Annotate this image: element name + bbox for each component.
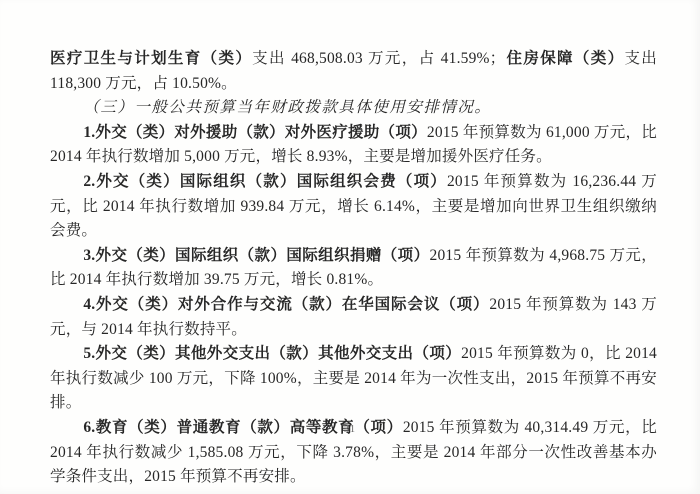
text-run: （三）一般公共预算当年财政拨款具体使用安排情况。: [83, 99, 491, 116]
paragraph-item-3-international-org-donation: 3.外交（类）国际组织（款）国际组织捐赠（项）2015 年预算数为 4,968.…: [50, 244, 657, 293]
scanned-document-page: 医疗卫生与计划生育（类）支出 468,508.03 万元，占 41.59%；住房…: [0, 0, 700, 494]
text-run: 3.外交（类）国际组织（款）国际组织捐赠（项）: [83, 247, 429, 264]
text-run: 5.外交（类）其他外交支出（款）其他外交支出（项）: [83, 345, 461, 362]
text-run: 4.外交（类）对外合作与交流（款）在华国际会议（项）: [83, 296, 489, 313]
text-run: 支出 468,508.03 万元，占 41.59%；: [252, 50, 505, 67]
text-run: 1.外交（类）对外援助（款）对外医疗援助（项）: [83, 124, 427, 141]
text-run: 医疗卫生与计划生育（类）: [50, 50, 252, 67]
paragraph-item-2-international-org-dues: 2.外交（类）国际组织（款）国际组织会费（项）2015 年预算数为 16,236…: [50, 170, 657, 244]
page-number: 31: [0, 424, 700, 435]
paragraph-item-1-diplomacy-foreign-aid: 1.外交（类）对外援助（款）对外医疗援助（项）2015 年预算数为 61,000…: [50, 121, 657, 170]
paragraph-item-4-international-conference: 4.外交（类）对外合作与交流（款）在华国际会议（项）2015 年预算数为 143…: [50, 293, 657, 342]
text-run: 住房保障（类）: [505, 50, 624, 67]
paragraph-section-heading: （三）一般公共预算当年财政拨款具体使用安排情况。: [50, 96, 657, 121]
paragraph-item-5-other-diplomacy-expense: 5.外交（类）其他外交支出（款）其他外交支出（项）2015 年预算数为 0，比 …: [50, 342, 657, 416]
text-run: 2.外交（类）国际组织（款）国际组织会费（项）: [83, 173, 447, 190]
paragraph-expenditure-summary: 医疗卫生与计划生育（类）支出 468,508.03 万元，占 41.59%；住房…: [50, 47, 657, 96]
